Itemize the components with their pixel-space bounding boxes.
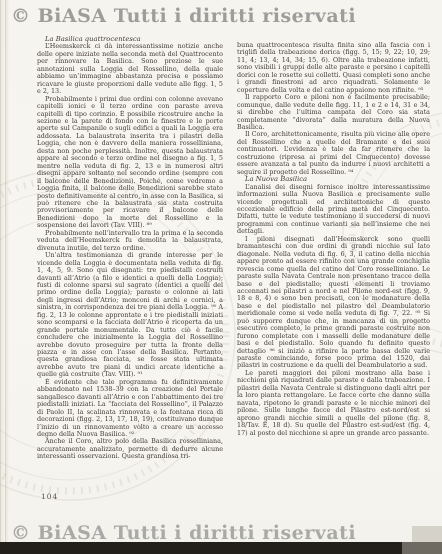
paragraph: I piloni disegnati dall’Heemskerck sono …	[237, 236, 430, 370]
scan-bottom-bar	[0, 542, 442, 554]
paragraph: Le pareti maggiori dei piloni mostrano a…	[237, 370, 430, 437]
paragraph: Probabilmente i primi due ordini con col…	[37, 96, 223, 230]
page-number: 104	[41, 492, 58, 501]
text-column-right: buna quattrocentesca risulta finita sino…	[237, 42, 430, 437]
paragraph: Un’altra testimonianza di grande interes…	[37, 252, 223, 379]
text-column-left: La Basilica quattrocentesca L’Heemskerck…	[37, 36, 223, 461]
paragraph: Anche il Coro, altro polo della Basilica…	[37, 438, 223, 460]
paragraph: L’analisi dei disegni fornisce inoltre i…	[237, 184, 430, 236]
scan-corner-smudge	[412, 526, 442, 542]
scan-binding-edge	[0, 0, 9, 554]
paragraph: Il rapporto Coro e piloni non è facilmen…	[237, 94, 430, 131]
scanned-book-page: © BiASA Tutti i diritti riservati La Bas…	[0, 0, 442, 554]
paragraph: Probabilmente nell’intervallo tra la pri…	[37, 230, 223, 252]
paragraph: È evidente che tale programma fu definit…	[37, 379, 223, 439]
paragraph: buna quattrocentesca risulta finita sino…	[237, 42, 430, 94]
scan-bottom-bar-end	[402, 542, 442, 554]
copyright-watermark-bottom: © BiASA Tutti i diritti riservati	[11, 522, 356, 544]
paragraph: L’Heemskerck ci dà interessantissime not…	[37, 43, 223, 95]
paragraph: Il Coro, architettonicamente, risulta pi…	[237, 131, 430, 176]
copyright-watermark-top: © BiASA Tutti i diritti riservati	[11, 5, 356, 27]
